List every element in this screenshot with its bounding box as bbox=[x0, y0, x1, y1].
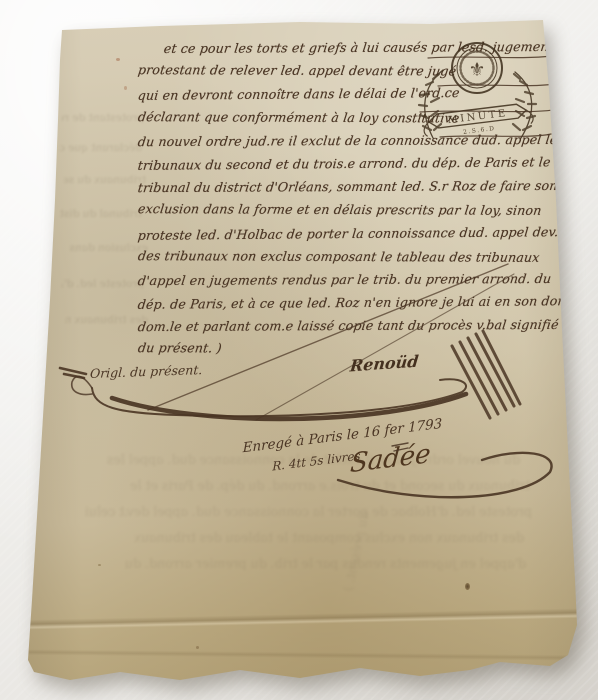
paper-crease bbox=[20, 649, 580, 661]
manuscript-line: tribunaux du second et du trois.e arrond… bbox=[137, 150, 564, 177]
foxing-mark bbox=[124, 86, 127, 90]
showthrough-line: des tribunaux non exclus composant le ta… bbox=[93, 530, 525, 545]
registrar-signature: Sadée bbox=[349, 439, 432, 479]
showthrough-fragment: tribunaux du second et du trois.e arrond… bbox=[63, 174, 146, 186]
showthrough-line: tribunaux du second et du trois.e arrond… bbox=[89, 478, 531, 493]
showthrough-fragment: déclarant que conformément à la loy cons… bbox=[59, 142, 142, 154]
showthrough-fragment: proteste led. d'Holbac de porter la conn… bbox=[61, 278, 144, 290]
paper-blemish bbox=[196, 646, 199, 649]
photo-background: protestant de relever led. appel devant … bbox=[0, 0, 598, 700]
huissier-signature: Renoüd bbox=[349, 352, 419, 376]
stamp-denomination: 2.S.6.D bbox=[463, 125, 496, 136]
paper-crease bbox=[20, 608, 580, 630]
margin-note: Origl. du présent. bbox=[90, 362, 203, 381]
manuscript-line: tribunal du district d'Orléans, sommant … bbox=[137, 174, 564, 199]
showthrough-line: proteste led. d'Holbac de porter la conn… bbox=[81, 504, 533, 519]
showthrough-fragment: protestant de relever led. appel devant … bbox=[61, 112, 144, 124]
paper-shadow: protestant de relever led. appel devant … bbox=[0, 0, 598, 700]
manuscript-line: proteste led. d'Holbac de porter la conn… bbox=[137, 220, 564, 247]
manuscript-line: exclusion dans la forme et en délais pre… bbox=[137, 197, 564, 222]
manuscript-line: dom.le et parlant com.e laissé copie tan… bbox=[137, 313, 564, 338]
manuscript-line: des tribunaux non exclus composant le ta… bbox=[137, 244, 564, 269]
paper-blemish bbox=[465, 583, 470, 590]
showthrough-line: d'appel en jugements rendus par le trib.… bbox=[85, 556, 527, 571]
paper-blemish bbox=[98, 564, 101, 566]
foxing-mark bbox=[116, 58, 120, 61]
manuscript-paper: protestant de relever led. appel devant … bbox=[20, 16, 580, 688]
manuscript-line: dép. de Paris, et à ce que led. Roz n'en… bbox=[137, 289, 564, 316]
fleur-de-lis-icon: ⚜ bbox=[468, 59, 485, 81]
showthrough-fragment: tribunal du district d'Orléans, sommant … bbox=[59, 208, 142, 220]
fiscal-stamp: ⚜ MINUTE 2.S.6.D bbox=[403, 38, 553, 150]
manuscript-line: d'appel en jugements rendus par le trib.… bbox=[137, 267, 564, 292]
